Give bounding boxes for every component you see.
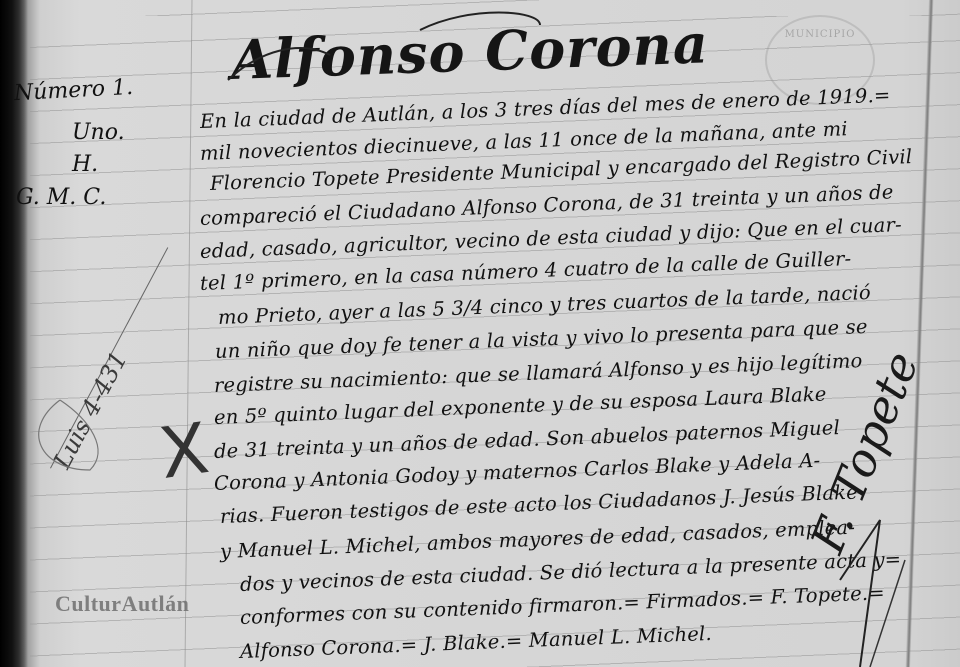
watermark: CulturAutlán bbox=[55, 591, 189, 617]
ink-flourishes bbox=[0, 0, 960, 667]
document-page: MUNICIPIO Alfonso Corona Número 1. Uno. … bbox=[0, 0, 960, 667]
